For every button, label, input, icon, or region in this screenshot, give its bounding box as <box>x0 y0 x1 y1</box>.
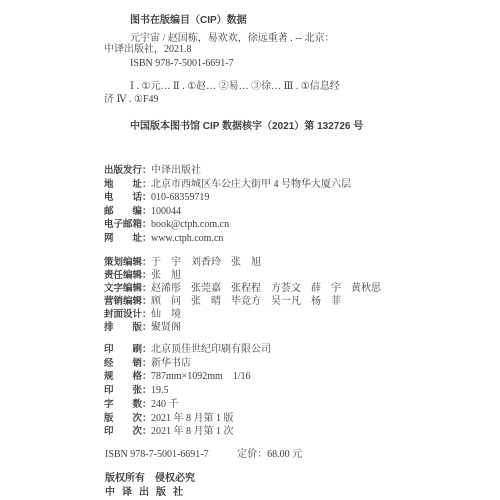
publication-row: 电子邮箱： book@ctph.com.cn <box>104 218 351 232</box>
field-value: 19.5 <box>151 384 169 398</box>
field-label: 排 版： <box>104 321 151 334</box>
field-value: 顾 问 张 晴 毕竞方 吴一凡 杨 菲 <box>151 295 341 308</box>
field-label: 规 格： <box>104 370 151 384</box>
field-label: 经 销： <box>104 357 151 371</box>
credit-row: 排 版： 聚贤阁 <box>104 321 381 334</box>
field-label: 封面设计： <box>104 308 151 321</box>
printing-row: 印 张： 19.5 <box>104 384 271 398</box>
field-value: 于 宇 刘香玲 张 旭 <box>151 256 261 269</box>
field-label: 邮 编： <box>104 205 151 219</box>
isbn-price-line: ISBN 978-7-5001-6691-7 定价：68.00 元 <box>105 445 302 460</box>
credits-block: 策划编辑： 于 宇 刘香玲 张 旭 责任编辑： 张 旭 文字编辑： 赵浠彤 张莞… <box>104 256 381 334</box>
credit-row: 策划编辑： 于 宇 刘香玲 张 旭 <box>104 256 381 269</box>
printing-row: 印 刷： 北京顶佳世纪印刷有限公司 <box>104 343 271 357</box>
field-value: 2021 年 8 月第 1 版 <box>151 412 234 426</box>
field-value: 240 千 <box>151 398 179 412</box>
copyright-page: 图书在版编目（CIP）数据 元宇宙 / 赵国栋，易欢欢，徐远重著 . -- 北京… <box>0 0 500 500</box>
printing-row: 印 次： 2021 年 8 月第 1 次 <box>104 425 271 439</box>
field-label: 印 次： <box>104 425 151 439</box>
copyright-notice: 版权所有 侵权必究 <box>105 469 195 484</box>
publication-row: 出版发行： 中译出版社 <box>104 164 351 178</box>
publication-row: 邮 编： 100044 <box>104 205 351 219</box>
field-value: www.ctph.com.cn <box>151 232 223 246</box>
field-value: 聚贤阁 <box>151 321 181 334</box>
credit-row: 营销编辑： 顾 问 张 晴 毕竞方 吴一凡 杨 菲 <box>104 295 381 308</box>
field-value: book@ctph.com.cn <box>151 218 229 232</box>
credit-row: 封面设计： 仙 境 <box>104 308 381 321</box>
cip-isbn-line: ISBN 978-7-5001-6691-7 <box>130 57 234 70</box>
isbn-text: ISBN 978-7-5001-6691-7 <box>105 449 209 460</box>
field-label: 出版发行： <box>104 164 151 178</box>
field-value: 100044 <box>151 205 181 219</box>
field-value: 北京顶佳世纪印刷有限公司 <box>151 343 271 357</box>
printing-block: 印 刷： 北京顶佳世纪印刷有限公司 经 销： 新华书店 规 格： 787mm×1… <box>104 343 271 439</box>
field-label: 地 址： <box>104 178 151 192</box>
field-label: 营销编辑： <box>104 295 151 308</box>
field-value: 张 旭 <box>151 269 181 282</box>
field-label: 文字编辑： <box>104 282 151 295</box>
field-value: 010-68359719 <box>151 191 209 205</box>
cip-record-line: 中国版本图书馆 CIP 数据核字（2021）第 132726 号 <box>130 117 363 132</box>
field-value: 新华书店 <box>151 357 191 371</box>
printing-row: 经 销： 新华书店 <box>104 357 271 371</box>
field-value: 北京市西城区车公庄大街甲 4 号物华大厦六层 <box>151 178 351 192</box>
field-value: 2021 年 8 月第 1 次 <box>151 425 234 439</box>
printing-row: 版 次： 2021 年 8 月第 1 版 <box>104 412 271 426</box>
cip-index-line-1: Ⅰ . ①元… Ⅱ . ①赵… ②易… ③徐… Ⅲ . ①信息经 <box>130 80 340 93</box>
field-value: 787mm×1092mm 1/16 <box>151 370 251 384</box>
cip-publisher-line: 中译出版社，2021.8 <box>104 43 192 56</box>
publication-row: 电 话： 010-68359719 <box>104 191 351 205</box>
field-label: 字 数： <box>104 398 151 412</box>
field-label: 印 刷： <box>104 343 151 357</box>
field-label: 策划编辑： <box>104 256 151 269</box>
field-value: 中译出版社 <box>151 164 201 178</box>
printing-row: 字 数： 240 千 <box>104 398 271 412</box>
field-value: 赵浠彤 张莞嘉 张程程 方荟文 薛 宇 黄秋思 <box>151 282 381 295</box>
publication-row: 地 址： 北京市西城区车公庄大街甲 4 号物华大厦六层 <box>104 178 351 192</box>
credit-row: 责任编辑： 张 旭 <box>104 269 381 282</box>
field-label: 责任编辑： <box>104 269 151 282</box>
cip-index-line-2: 济 Ⅳ . ①F49 <box>104 93 159 106</box>
field-label: 印 张： <box>104 384 151 398</box>
credit-row: 文字编辑： 赵浠彤 张莞嘉 张程程 方荟文 薛 宇 黄秋思 <box>104 282 381 295</box>
field-label: 版 次： <box>104 412 151 426</box>
field-value: 仙 境 <box>151 308 181 321</box>
printing-row: 规 格： 787mm×1092mm 1/16 <box>104 370 271 384</box>
field-label: 网 址： <box>104 232 151 246</box>
price-text: 定价：68.00 元 <box>237 449 302 460</box>
field-label: 电 话： <box>104 191 151 205</box>
cip-header: 图书在版编目（CIP）数据 <box>130 11 247 26</box>
publisher-name: 中译出版社 <box>105 483 190 498</box>
field-label: 电子邮箱： <box>104 218 151 232</box>
publication-info-block: 出版发行： 中译出版社 地 址： 北京市西城区车公庄大街甲 4 号物华大厦六层 … <box>104 164 351 245</box>
publication-row: 网 址： www.ctph.com.cn <box>104 232 351 246</box>
